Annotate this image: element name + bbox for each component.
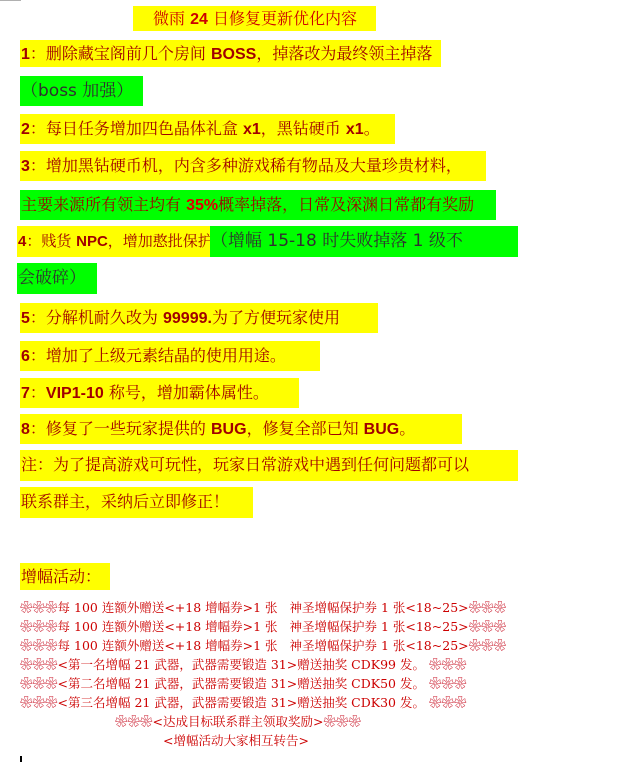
item-text: 为了方便玩家使用 <box>212 308 340 327</box>
item-keyword: 99999. <box>163 310 212 327</box>
item-text: 概率掉落，日常及深渊日常都有奖励 <box>218 195 474 214</box>
item-keyword: 35% <box>186 197 218 214</box>
flower-icon: ❀❀❀ <box>323 714 361 729</box>
item-text: ：每日任务增加四色晶体礼盒 <box>30 119 243 138</box>
item-text: ： <box>30 383 46 402</box>
promo-text: 每 100 连额外赠送<+18 增幅券>1 张 <box>58 638 278 653</box>
update-item-1: 1：删除藏宝阁前几个房间 BOSS，掉落改为最终领主掉落 <box>20 40 441 67</box>
item-number: 2 <box>21 121 30 138</box>
flower-icon: ❀❀❀ <box>20 676 58 691</box>
item-text: ：删除藏宝阁前几个房间 <box>30 44 211 63</box>
flower-icon: ❀❀❀ <box>20 619 58 634</box>
flower-icon: ❀❀❀ <box>20 638 58 653</box>
item-keyword: x1 <box>346 121 364 138</box>
update-item-6: 6：增加了上级元素结晶的使用用途。 <box>20 341 320 371</box>
item-text: ：贱货 <box>26 232 76 250</box>
item-number: 8 <box>21 421 30 438</box>
item-number: 3 <box>21 158 30 175</box>
promo-text: <第一名增幅 21 武器，武器需要锻造 31>赠送抽奖 CDK99 发。 <box>58 657 425 672</box>
item-keyword: BUG <box>211 421 247 438</box>
item-number: 5 <box>21 310 30 327</box>
item-keyword: x1 <box>243 121 261 138</box>
flower-icon: ❀❀❀ <box>429 676 467 691</box>
promo-line-1: ❀❀❀每 100 连额外赠送<+18 增幅券>1 张 神圣增幅保护券 1 张<1… <box>20 598 506 617</box>
update-item-4: 4：贱货 NPC，增加憨批保护券 <box>17 226 210 257</box>
promo-text: 神圣增幅保护券 1 张<18~25> <box>289 619 468 634</box>
update-item-1-note: （boss 加强） <box>20 76 143 106</box>
item-text: ：分解机耐久改为 <box>30 308 163 327</box>
update-item-4-note: （增幅 15-18 时失败掉落 1 级不 <box>210 226 518 257</box>
promo-share: <增幅活动大家相互转告> <box>163 731 309 750</box>
item-text: ：增加了上级元素结晶的使用用途。 <box>30 346 286 365</box>
item-text: ，黑钻硬币 <box>261 119 346 138</box>
item-text: 。 <box>399 419 415 438</box>
promo-line-3: ❀❀❀每 100 连额外赠送<+18 增幅券>1 张 神圣增幅保护券 1 张<1… <box>20 636 506 655</box>
item-text: ：增加黑钻硬币机，内含多种游戏稀有物品及大量珍贵材料， <box>30 156 462 175</box>
promo-line-2: ❀❀❀每 100 连额外赠送<+18 增幅券>1 张 神圣增幅保护券 1 张<1… <box>20 617 506 636</box>
item-number: 7 <box>21 385 30 402</box>
item-number: 6 <box>21 348 30 365</box>
update-item-2: 2：每日任务增加四色晶体礼盒 x1，黑钻硬币 x1。 <box>20 114 395 144</box>
promo-text: <达成目标联系群主领取奖励> <box>153 714 324 729</box>
item-text: ，修复全部已知 <box>247 419 364 438</box>
flower-icon: ❀❀❀ <box>429 695 467 710</box>
flower-icon: ❀❀❀ <box>429 657 467 672</box>
item-keyword: NPC <box>76 233 108 250</box>
promo-text: <第二名增幅 21 武器，武器需要锻造 31>赠送抽奖 CDK50 发。 <box>58 676 425 691</box>
update-item-8: 8：修复了一些玩家提供的 BUG，修复全部已知 BUG。 <box>20 414 462 444</box>
promo-text: 每 100 连额外赠送<+18 增幅券>1 张 <box>58 619 278 634</box>
item-text: ：修复了一些玩家提供的 <box>30 419 211 438</box>
flower-icon: ❀❀❀ <box>20 600 58 615</box>
item-text: 。 <box>364 119 380 138</box>
title-prefix: 微雨 <box>153 9 190 28</box>
item-text: 主要来源所有领主均有 <box>21 195 186 214</box>
promo-text: 神圣增幅保护券 1 张<18~25> <box>289 638 468 653</box>
title-suffix: 日修复更新优化内容 <box>208 9 357 28</box>
flower-icon: ❀❀❀ <box>469 619 507 634</box>
update-item-3-continued: 主要来源所有领主均有 35%概率掉落，日常及深渊日常都有奖励 <box>20 190 496 220</box>
item-keyword: BUG <box>364 421 400 438</box>
update-item-5: 5：分解机耐久改为 99999.为了方便玩家使用 <box>20 303 378 333</box>
item-text: ，掉落改为最终领主掉落 <box>256 44 432 63</box>
document-title: 微雨 24 日修复更新优化内容 <box>133 6 376 31</box>
promo-rank-3: ❀❀❀<第三名增幅 21 武器，武器需要锻造 31>赠送抽奖 CDK30 发。 … <box>20 693 466 712</box>
item-text: 称号，增加霸体属性。 <box>104 383 269 402</box>
flower-icon: ❀❀❀ <box>469 600 507 615</box>
item-keyword: VIP1-10 <box>46 385 104 402</box>
promo-text: 每 100 连额外赠送<+18 增幅券>1 张 <box>58 600 278 615</box>
note-line-1: 注：为了提高游戏可玩性，玩家日常游戏中遇到任何问题都可以 <box>20 450 518 481</box>
flower-icon: ❀❀❀ <box>20 695 58 710</box>
promo-rank-1: ❀❀❀<第一名增幅 21 武器，武器需要锻造 31>赠送抽奖 CDK99 发。 … <box>20 655 466 674</box>
item-keyword: BOSS <box>211 46 256 63</box>
update-item-7: 7：VIP1-10 称号，增加霸体属性。 <box>20 378 299 408</box>
flower-icon: ❀❀❀ <box>115 714 153 729</box>
update-item-4-note-continued: 会破碎） <box>17 263 97 294</box>
promo-text: <第三名增幅 21 武器，武器需要锻造 31>赠送抽奖 CDK30 发。 <box>58 695 425 710</box>
item-number: 1 <box>21 46 30 63</box>
title-date: 24 <box>190 11 208 28</box>
promo-heading: 增幅活动： <box>20 563 110 590</box>
update-item-3: 3：增加黑钻硬币机，内含多种游戏稀有物品及大量珍贵材料， <box>20 151 486 181</box>
promo-text: 神圣增幅保护券 1 张<18~25> <box>289 600 468 615</box>
top-border-line <box>0 0 21 1</box>
flower-icon: ❀❀❀ <box>20 657 58 672</box>
flower-icon: ❀❀❀ <box>469 638 507 653</box>
text-cursor <box>20 756 22 762</box>
promo-goal: ❀❀❀<达成目标联系群主领取奖励>❀❀❀ <box>115 712 361 731</box>
note-line-2: 联系群主，采纳后立即修正！ <box>20 487 253 518</box>
promo-rank-2: ❀❀❀<第二名增幅 21 武器，武器需要锻造 31>赠送抽奖 CDK50 发。 … <box>20 674 466 693</box>
